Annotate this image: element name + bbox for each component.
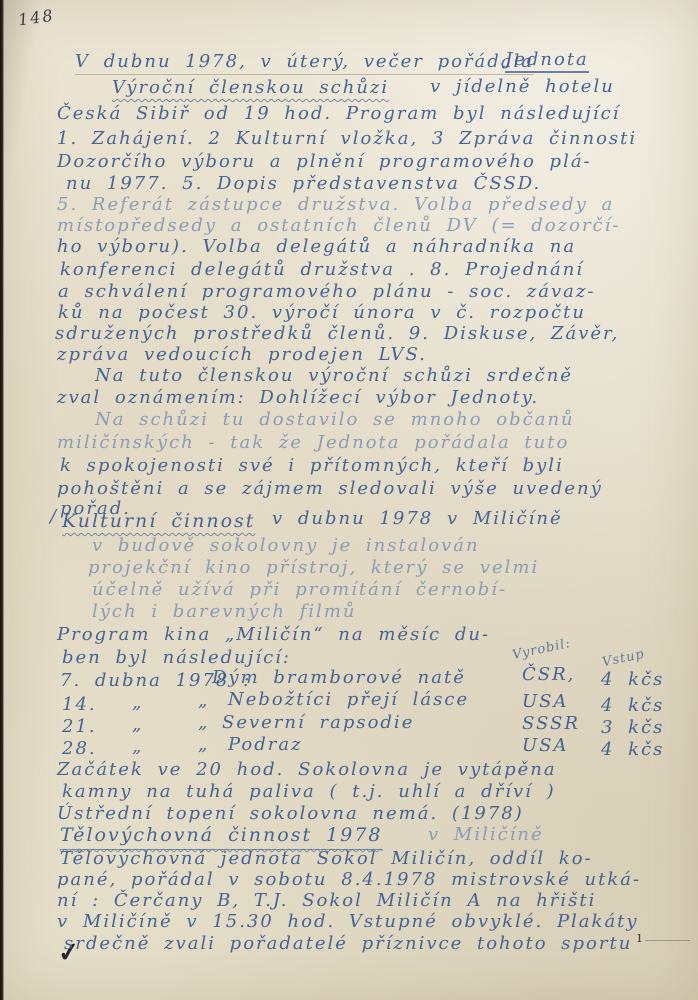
manuscript-line: v Miličíně v 15.30 hod. Vstupné obvyklé.… <box>57 913 639 931</box>
manuscript-line: Tělovýchovná jednota Sokol Miličín, oddí… <box>60 850 593 868</box>
manuscript-line: v Miličíně <box>428 826 544 844</box>
manuscript-line: srdečně zvali pořadatelé příznivce tohot… <box>64 935 632 953</box>
manuscript-line: ní : Čerčany B, T.J. Sokol Miličín A na … <box>57 892 596 910</box>
manuscript-line: pané, pořádal v sobotu 8.4.1978 mistrovs… <box>57 871 641 889</box>
manuscript-page: 148 ✓ ı V dubnu 1978, v úterý, večer poř… <box>0 0 698 1000</box>
section-sports-1978: Tělovýchovná činnost 1978v MiličíněTělov… <box>0 0 698 1000</box>
section-heading: Tělovýchovná činnost 1978 <box>60 826 383 850</box>
